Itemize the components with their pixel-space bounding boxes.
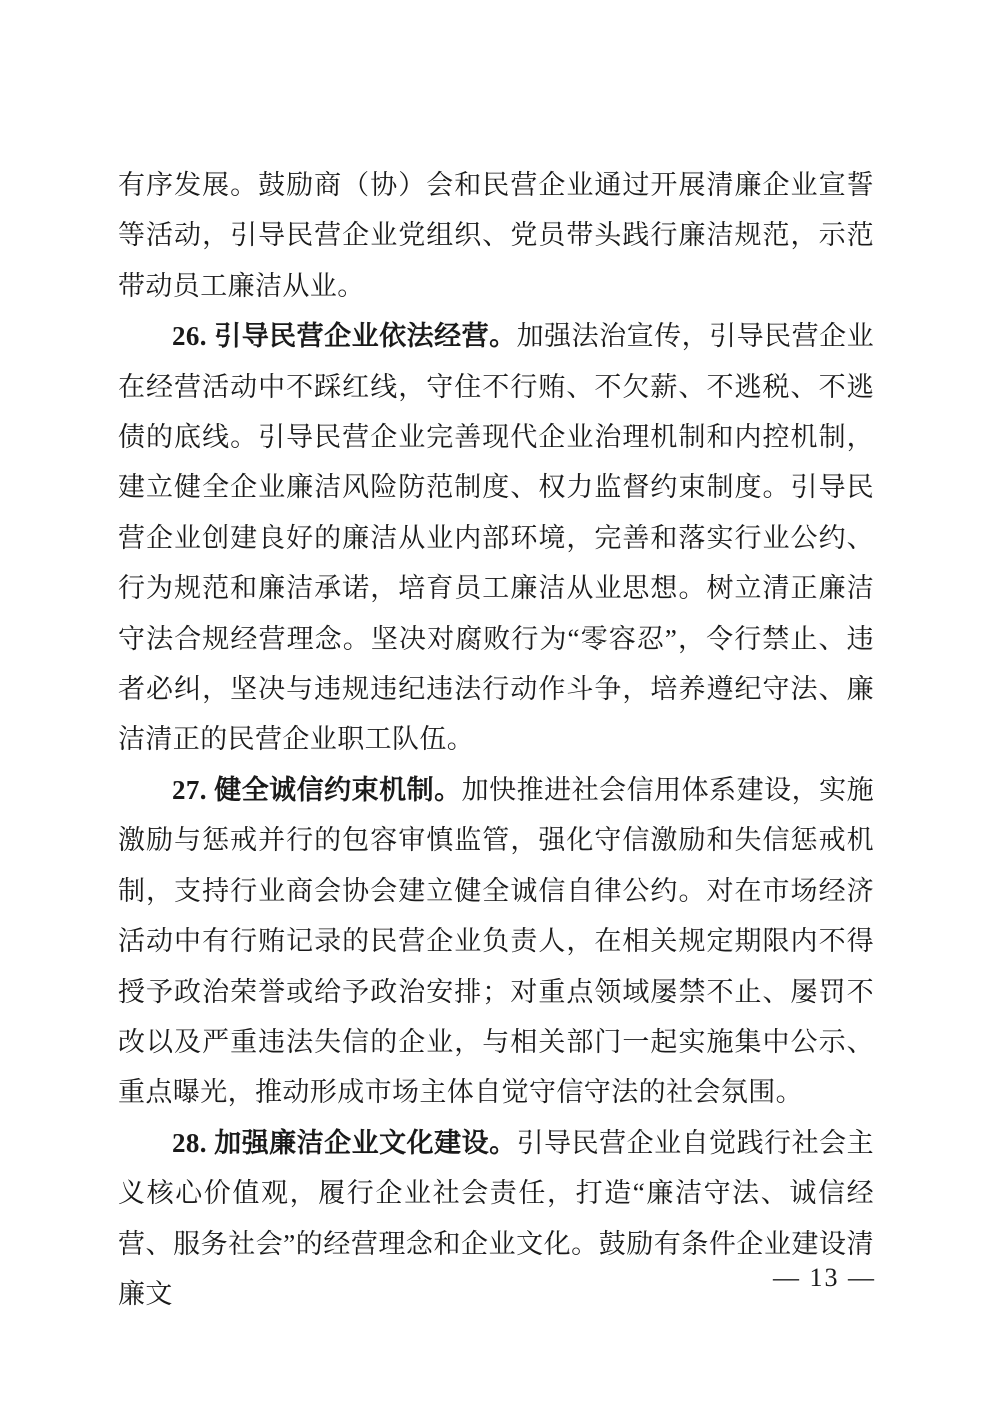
paragraph-text: 加快推进社会信用体系建设，实施激励与惩戒并行的包容审慎监管，强化守信激励和失信惩… — [118, 775, 874, 1107]
document-body: 有序发展。鼓励商（协）会和民营企业通过开展清廉企业宣誓等活动，引导民营企业党组织… — [118, 160, 874, 1319]
paragraph-text: 加强法治宣传，引导民营企业在经营活动中不踩红线，守住不行贿、不欠薪、不逃税、不逃… — [118, 321, 874, 754]
page-number: — 13 — — [773, 1263, 876, 1292]
page-footer: — 13 — — [773, 1258, 876, 1298]
document-page: 有序发展。鼓励商（协）会和民营企业通过开展清廉企业宣誓等活动，引导民营企业党组织… — [0, 0, 1000, 1414]
paragraph-item-26: 26. 引导民营企业依法经营。加强法治宣传，引导民营企业在经营活动中不踩红线，守… — [118, 311, 874, 765]
paragraph-item-28: 28. 加强廉洁企业文化建设。引导民营企业自觉践行社会主义核心价值观，履行企业社… — [118, 1118, 874, 1320]
paragraph-item-27: 27. 健全诚信约束机制。加快推进社会信用体系建设，实施激励与惩戒并行的包容审慎… — [118, 765, 874, 1118]
paragraph-lead: 28. 加强廉洁企业文化建设。 — [172, 1128, 517, 1158]
paragraph-text: 有序发展。鼓励商（协）会和民营企业通过开展清廉企业宣誓等活动，引导民营企业党组织… — [118, 170, 874, 301]
paragraph-continuation: 有序发展。鼓励商（协）会和民营企业通过开展清廉企业宣誓等活动，引导民营企业党组织… — [118, 160, 874, 311]
paragraph-lead: 26. 引导民营企业依法经营。 — [172, 321, 517, 351]
paragraph-lead: 27. 健全诚信约束机制。 — [172, 775, 462, 805]
